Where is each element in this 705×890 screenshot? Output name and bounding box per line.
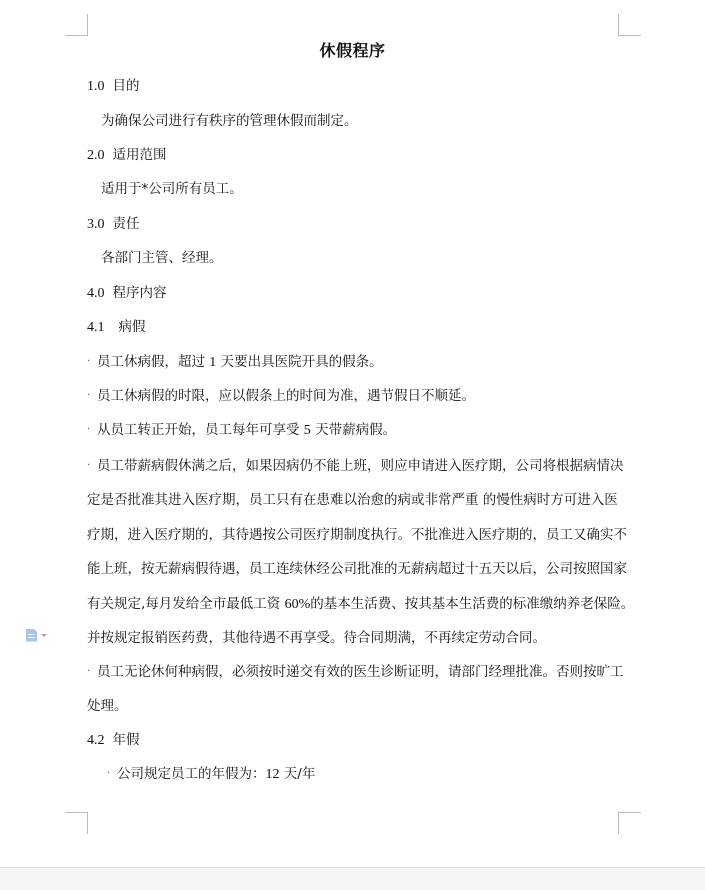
paragraph-line: 并按规定报销医药费，其他待遇不再享受。待合同期满，不再续定劳动合同。 [87, 621, 612, 655]
section-title: 责任 [113, 216, 140, 232]
paragraph-line: ·员工带薪病假休满之后，如果因病仍不能上班，则应申请进入医疗期，公司将根据病情决 [87, 449, 612, 483]
bullet-icon: · [87, 655, 97, 689]
section-heading-1: 1.0目的 [87, 76, 140, 97]
section-title: 目的 [113, 78, 140, 94]
bullet-icon: · [87, 386, 97, 406]
subsection-number: 4.2 [87, 733, 105, 748]
document-icon [26, 629, 37, 642]
status-bar-area [0, 867, 705, 890]
section-number: 3.0 [87, 217, 105, 232]
bullet-icon: · [87, 420, 97, 440]
subsection-heading-annual-leave: 4.2年假 [87, 730, 140, 751]
section-number: 4.0 [87, 286, 105, 301]
bullet-icon: · [107, 764, 117, 784]
document-page: 休假程序 1.0目的 为确保公司进行有秩序的管理休假而制定。 2.0适用范围 适… [0, 0, 705, 867]
list-item: ·从员工转正开始，员工每年可享受 5 天带薪病假。 [87, 420, 396, 441]
paragraph-line: 有关规定,每月发给全市最低工资 60%的基本生活费、按其基本生活费的标准缴纳养老… [87, 587, 612, 621]
margin-corner-bottom-right [618, 812, 641, 834]
bullet-icon: · [87, 352, 97, 372]
section-number: 1.0 [87, 79, 105, 94]
list-item: ·公司规定员工的年假为：12 天/年 [107, 764, 315, 785]
margin-corner-top-left [65, 14, 88, 36]
subsection-number: 4.1 [87, 320, 105, 335]
list-item-long-paragraph: ·员工带薪病假休满之后，如果因病仍不能上班，则应申请进入医疗期，公司将根据病情决… [87, 449, 612, 655]
bullet-icon: · [87, 449, 97, 483]
section-heading-4: 4.0程序内容 [87, 283, 167, 304]
section-heading-2: 2.0适用范围 [87, 145, 167, 166]
paragraph-line: 能上班，按无薪病假待遇，员工连续休经公司批准的无薪病超过十五天以后，公司按照国家 [87, 552, 612, 586]
subsection-title: 病假 [119, 319, 146, 335]
section-title: 程序内容 [113, 285, 167, 301]
paragraph-line: ·员工无论休何种病假，必须按时递交有效的医生诊断证明，请部门经理批准。否则按旷工 [87, 655, 612, 689]
section-body-1: 为确保公司进行有秩序的管理休假而制定。 [101, 111, 358, 131]
chevron-down-icon [41, 634, 47, 637]
subsection-title: 年假 [113, 732, 140, 748]
margin-corner-top-right [618, 14, 641, 36]
section-heading-3: 3.0责任 [87, 214, 140, 235]
list-item: ·员工休病假的时限，应以假条上的时间为准，遇节假日不顺延。 [87, 386, 475, 406]
document-title: 休假程序 [0, 40, 705, 62]
paragraph-line: 疗期，进入医疗期的，其待遇按公司医疗期制度执行。不批准进入医疗期的，员工又确实不 [87, 518, 612, 552]
section-body-2: 适用于*公司所有员工。 [101, 179, 243, 199]
paragraph-options-button[interactable] [26, 628, 50, 642]
list-item: ·员工休病假，超过 1 天要出具医院开具的假条。 [87, 352, 383, 373]
paragraph-line: 处理。 [87, 689, 612, 723]
section-title: 适用范围 [113, 147, 167, 163]
list-item-final: ·员工无论休何种病假，必须按时递交有效的医生诊断证明，请部门经理批准。否则按旷工… [87, 655, 612, 724]
margin-corner-bottom-left [65, 812, 88, 834]
section-number: 2.0 [87, 148, 105, 163]
subsection-heading-sick-leave: 4.1病假 [87, 317, 146, 338]
paragraph-line: 定是否批准其进入医疗期，员工只有在患难以治愈的病或非常严重 的慢性病时方可进入医 [87, 483, 612, 517]
section-body-3: 各部门主管、经理。 [101, 248, 223, 268]
